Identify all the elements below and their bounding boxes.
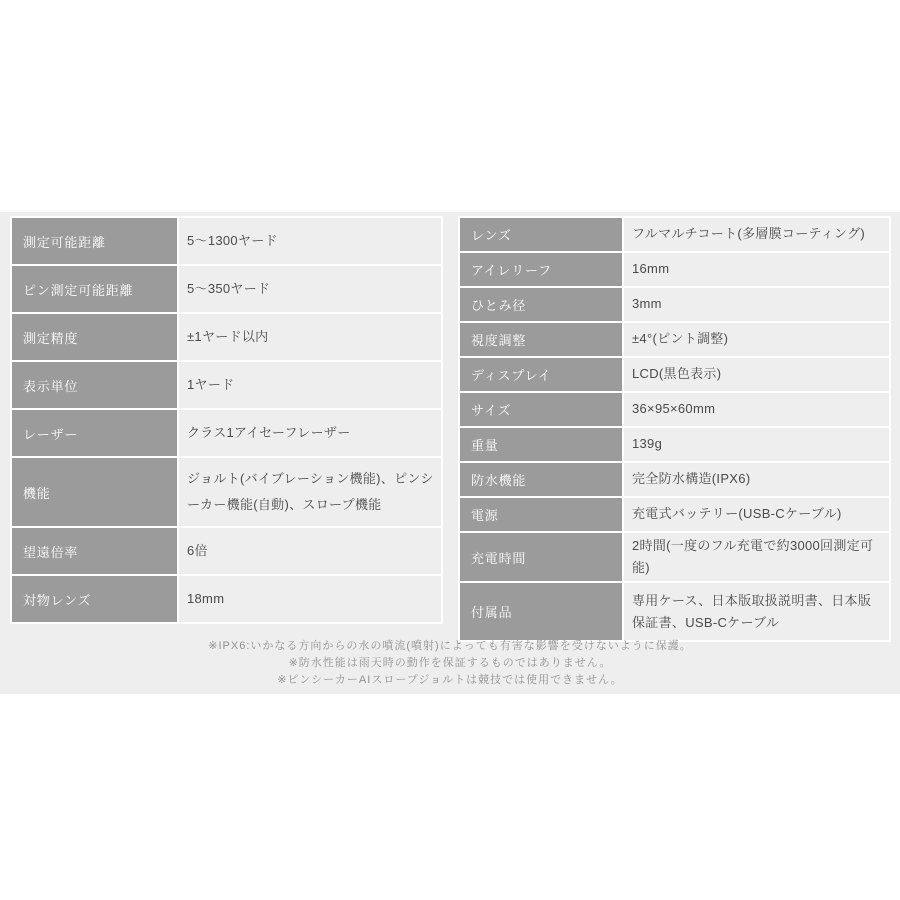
spec-label: レーザー <box>12 410 177 456</box>
footnotes: ※IPX6:いかなる方向からの水の噴流(噴射)によっても有害な影響を受けないよう… <box>0 638 900 689</box>
spec-value: ±4°(ピント調整) <box>624 323 889 356</box>
spec-value: ジョルト(バイブレーション機能)、ピンシーカー機能(自動)、スロープ機能 <box>179 458 441 526</box>
spec-label: 視度調整 <box>460 323 622 356</box>
spec-value: 6倍 <box>179 528 441 574</box>
spec-label: 測定精度 <box>12 314 177 360</box>
spec-section: 測定可能距離 5〜1300ヤード ピン測定可能距離 5〜350ヤード 測定精度 … <box>0 212 900 694</box>
spec-label: 防水機能 <box>460 463 622 496</box>
spec-row: 充電時間 2時間(一度のフル充電で約3000回測定可能) <box>460 533 889 581</box>
spec-value: 16mm <box>624 253 889 286</box>
note-line: ※IPX6:いかなる方向からの水の噴流(噴射)によっても有害な影響を受けないよう… <box>0 638 900 655</box>
spec-label: ひとみ径 <box>460 288 622 321</box>
spec-value: フルマルチコート(多層膜コーティング) <box>624 218 889 251</box>
spec-label: 望遠倍率 <box>12 528 177 574</box>
spec-value: 3mm <box>624 288 889 321</box>
spec-label: ピン測定可能距離 <box>12 266 177 312</box>
spec-row: 対物レンズ 18mm <box>12 576 441 622</box>
spec-row: 測定可能距離 5〜1300ヤード <box>12 218 441 264</box>
spec-value: ±1ヤード以内 <box>179 314 441 360</box>
spec-row: 機能 ジョルト(バイブレーション機能)、ピンシーカー機能(自動)、スロープ機能 <box>12 458 441 526</box>
spec-row: 表示単位 1ヤード <box>12 362 441 408</box>
spec-row: 重量 139g <box>460 428 889 461</box>
spec-label: 機能 <box>12 458 177 526</box>
spec-row: 視度調整 ±4°(ピント調整) <box>460 323 889 356</box>
spec-label: 対物レンズ <box>12 576 177 622</box>
spec-row: 望遠倍率 6倍 <box>12 528 441 574</box>
spec-value: 充電式バッテリー(USB-Cケーブル) <box>624 498 889 531</box>
spec-row: ひとみ径 3mm <box>460 288 889 321</box>
spec-row: ディスプレイ LCD(黒色表示) <box>460 358 889 391</box>
spec-label: 付属品 <box>460 583 622 640</box>
spec-row: 防水機能 完全防水構造(IPX6) <box>460 463 889 496</box>
note-line: ※ピンシーカーAIスロープジョルトは競技では使用できません。 <box>0 672 900 689</box>
spec-value: 18mm <box>179 576 441 622</box>
spec-value: クラス1アイセーフレーザー <box>179 410 441 456</box>
spec-label: 電源 <box>460 498 622 531</box>
spec-row: 付属品 専用ケース、日本版取扱説明書、日本版保証書、USB-Cケーブル <box>460 583 889 640</box>
spec-value: 専用ケース、日本版取扱説明書、日本版保証書、USB-Cケーブル <box>624 583 889 640</box>
note-line: ※防水性能は雨天時の動作を保証するものではありません。 <box>0 655 900 672</box>
spec-label: サイズ <box>460 393 622 426</box>
spec-label: 表示単位 <box>12 362 177 408</box>
spec-value: 2時間(一度のフル充電で約3000回測定可能) <box>624 533 889 581</box>
spec-label: 測定可能距離 <box>12 218 177 264</box>
page: 測定可能距離 5〜1300ヤード ピン測定可能距離 5〜350ヤード 測定精度 … <box>0 0 900 900</box>
spec-label: ディスプレイ <box>460 358 622 391</box>
spec-value: 完全防水構造(IPX6) <box>624 463 889 496</box>
spec-row: サイズ 36×95×60mm <box>460 393 889 426</box>
spec-label: 充電時間 <box>460 533 622 581</box>
spec-value: 5〜350ヤード <box>179 266 441 312</box>
spec-row: レーザー クラス1アイセーフレーザー <box>12 410 441 456</box>
spec-row: 測定精度 ±1ヤード以内 <box>12 314 441 360</box>
spec-table-right: レンズ フルマルチコート(多層膜コーティング) アイレリーフ 16mm ひとみ径… <box>458 216 891 642</box>
spec-row: レンズ フルマルチコート(多層膜コーティング) <box>460 218 889 251</box>
spec-value: LCD(黒色表示) <box>624 358 889 391</box>
spec-value: 36×95×60mm <box>624 393 889 426</box>
spec-label: アイレリーフ <box>460 253 622 286</box>
spec-table-left: 測定可能距離 5〜1300ヤード ピン測定可能距離 5〜350ヤード 測定精度 … <box>10 216 443 624</box>
spec-value: 5〜1300ヤード <box>179 218 441 264</box>
spec-value: 139g <box>624 428 889 461</box>
spec-label: レンズ <box>460 218 622 251</box>
spec-value: 1ヤード <box>179 362 441 408</box>
spec-row: ピン測定可能距離 5〜350ヤード <box>12 266 441 312</box>
spec-row: 電源 充電式バッテリー(USB-Cケーブル) <box>460 498 889 531</box>
spec-row: アイレリーフ 16mm <box>460 253 889 286</box>
spec-label: 重量 <box>460 428 622 461</box>
